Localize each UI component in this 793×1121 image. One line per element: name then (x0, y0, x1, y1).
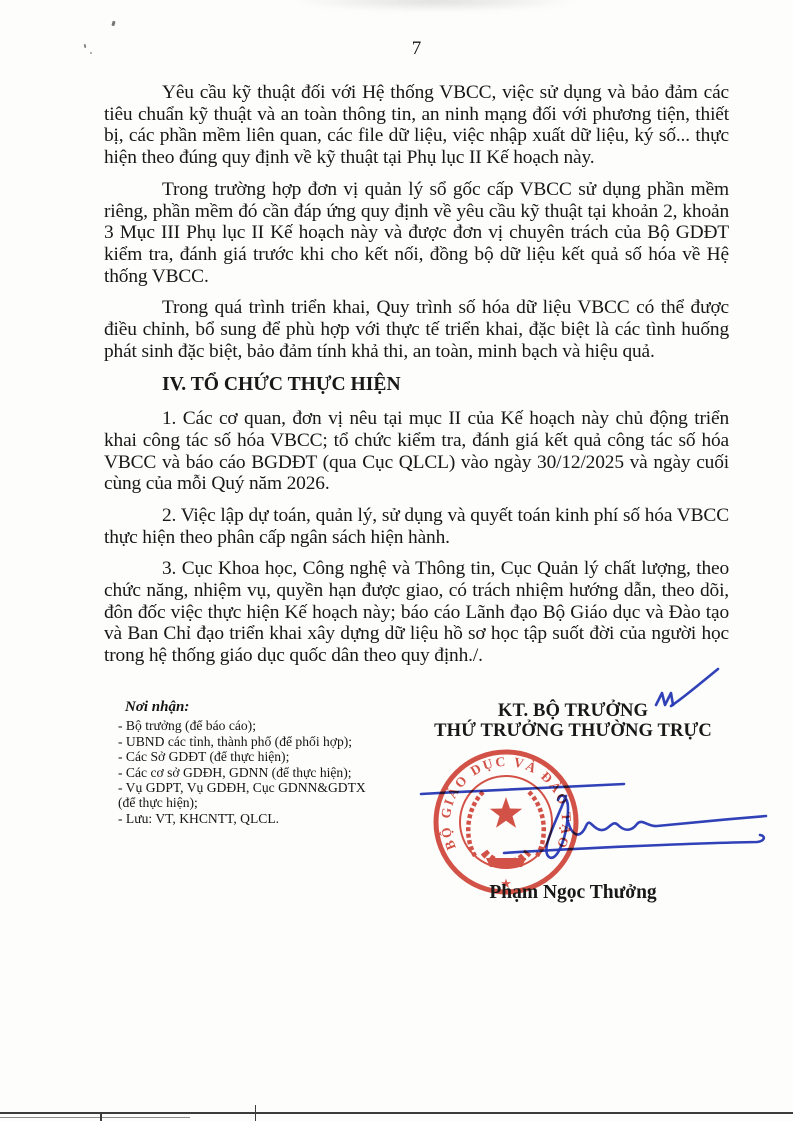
recipient-item: - Lưu: VT, KHCNTT, QLCL. (118, 811, 412, 826)
recipients-list: - Bộ trưởng (để báo cáo); - UBND các tỉn… (118, 718, 412, 826)
scan-smudge-artifact (290, 0, 580, 12)
scan-edge-line-secondary (0, 1117, 190, 1118)
paragraph: Trong quá trình triển khai, Quy trình số… (104, 297, 729, 362)
scan-edge-tick (100, 1112, 102, 1121)
document-body: Yêu cầu kỹ thuật đối với Hệ thống VBCC, … (104, 82, 729, 677)
paragraph: Yêu cầu kỹ thuật đối với Hệ thống VBCC, … (104, 82, 729, 169)
recipient-item: - Các Sở GDĐT (để thực hiện); (118, 749, 412, 764)
recipients-block: Nơi nhận: - Bộ trưởng (để báo cáo); - UB… (118, 700, 412, 826)
signature-flourish (567, 816, 766, 835)
recipient-item: - Vụ GDPT, Vụ GDĐH, Cục GDNN&GDTX (để th… (118, 780, 412, 811)
numbered-item: 2. Việc lập dự toán, quản lý, sử dụng và… (104, 505, 729, 548)
signature-underline-top (421, 784, 624, 794)
paragraph: Trong trường hợp đơn vị quản lý sổ gốc c… (104, 179, 729, 288)
recipients-title: Nơi nhận: (125, 700, 412, 715)
numbered-item: 1. Các cơ quan, đơn vị nêu tại mục II củ… (104, 408, 729, 495)
page-number: 7 (104, 38, 729, 60)
recipient-item: - Các cơ sở GDĐH, GDNN (để thực hiện); (118, 765, 412, 780)
scan-edge-tick (255, 1105, 256, 1121)
signature-initial-slash (671, 669, 718, 706)
document-page: 7 Yêu cầu kỹ thuật đối với Hệ thống VBCC… (0, 0, 793, 1121)
scan-speck (90, 52, 92, 54)
section-heading: IV. TỔ CHỨC THỰC HIỆN (104, 374, 729, 396)
signature-initial-mark (656, 693, 673, 705)
signature-underline-bottom (504, 835, 764, 853)
scan-speck (111, 21, 115, 27)
scan-speck (84, 44, 87, 48)
recipient-item: - Bộ trưởng (để báo cáo); (118, 718, 412, 733)
scan-edge-line (0, 1112, 793, 1114)
signature-ink (400, 650, 793, 880)
signer-name: Phạm Ngọc Thưởng (413, 882, 733, 904)
recipient-item: - UBND các tỉnh, thành phố (để phối hợp)… (118, 734, 412, 749)
